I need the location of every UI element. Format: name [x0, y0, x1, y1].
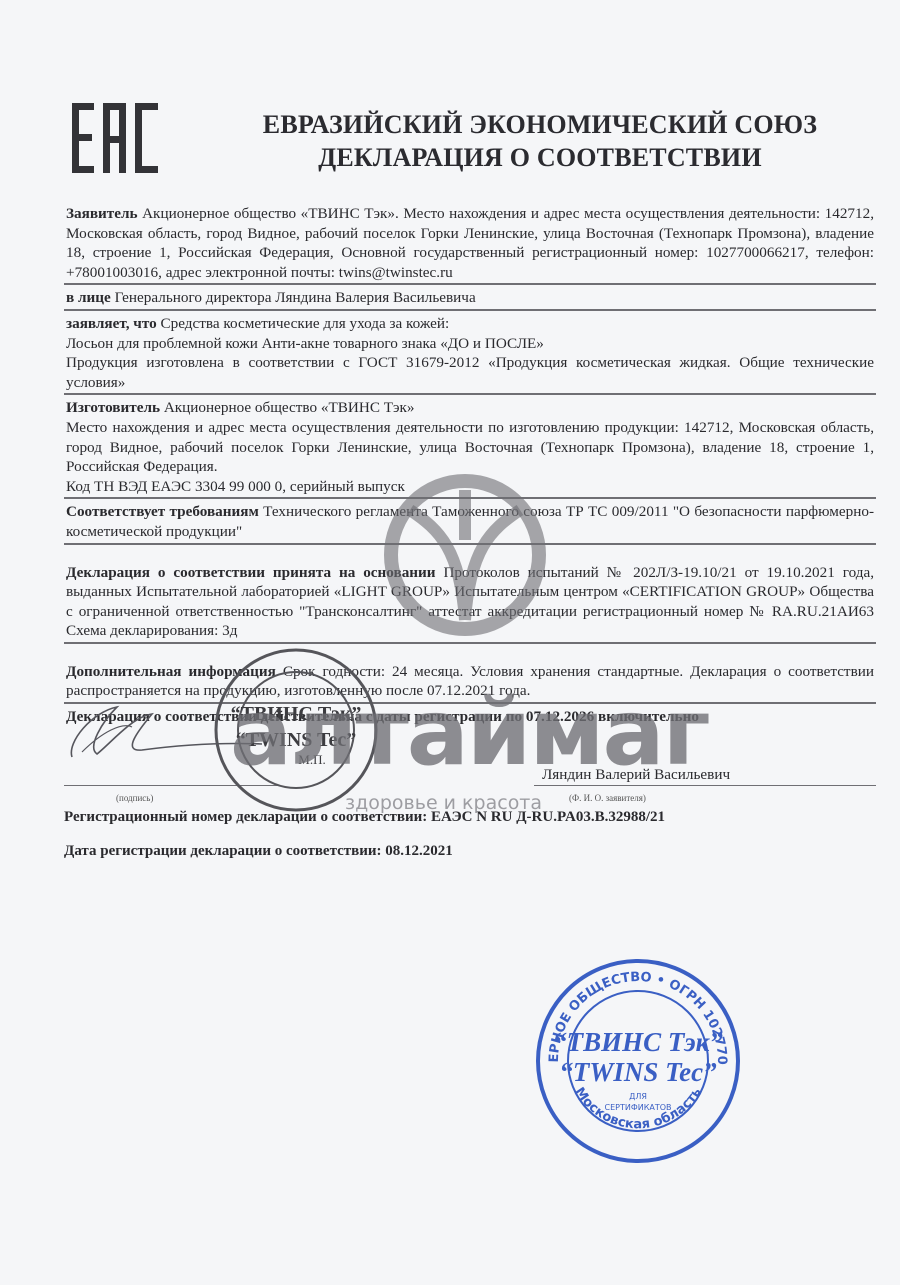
stamp-purpose-2: СЕРТИФИКАТОВ	[604, 1103, 671, 1112]
company-stamp-blue-icon: АКЦИОНЕРНОЕ ОБЩЕСТВО • ОГРН 102770006621…	[532, 955, 744, 1167]
stamp-name-ru: “ТВИНС Тэк”	[553, 1027, 723, 1057]
document-title: ЕВРАЗИЙСКИЙ ЭКОНОМИЧЕСКИЙ СОЮЗ ДЕКЛАРАЦИ…	[240, 108, 840, 174]
manufacturer-address: Место нахождения и адрес места осуществл…	[66, 418, 874, 477]
product-standard: Продукция изготовлена в соответствии с Г…	[66, 353, 874, 392]
eac-mark-icon	[72, 103, 160, 173]
watermark-brand: алтаймаг	[230, 688, 709, 778]
represented-text: Генерального директора Ляндина Валерия В…	[115, 289, 476, 306]
registration-date: Дата регистрации декларации о соответств…	[64, 834, 665, 868]
registration-date-value: 08.12.2021	[385, 843, 453, 859]
applicant-section: Заявитель Акционерное общество «ТВИНС Тэ…	[64, 204, 876, 285]
represented-label: в лице	[66, 289, 111, 306]
declares-label: заявляет, что	[66, 315, 157, 332]
stamp-purpose-1: ДЛЯ	[629, 1092, 647, 1101]
title-union: ЕВРАЗИЙСКИЙ ЭКОНОМИЧЕСКИЙ СОЮЗ	[240, 108, 840, 141]
manufacturer-label: Изготовитель	[66, 399, 160, 416]
stamp-name-en: “TWINS Tec”	[559, 1057, 717, 1087]
product-name: Лосьон для проблемной кожи Анти-акне тов…	[66, 334, 874, 354]
applicant-text: Акционерное общество «ТВИНС Тэк». Место …	[66, 205, 874, 281]
declares-section: заявляет, что Средства косметические для…	[64, 314, 876, 395]
declares-text: Средства косметические для ухода за коже…	[161, 315, 450, 332]
applicant-label: Заявитель	[66, 205, 138, 222]
title-declaration: ДЕКЛАРАЦИЯ О СООТВЕТСТВИИ	[240, 141, 840, 174]
compliance-label: Соответствует требованиям	[66, 503, 259, 520]
watermark-tagline: здоровье и красота	[345, 792, 542, 814]
represented-section: в лице Генерального директора Ляндина Ва…	[64, 288, 876, 311]
watermark-logo-icon	[380, 470, 550, 640]
manufacturer-text: Акционерное общество «ТВИНС Тэк»	[164, 399, 415, 416]
